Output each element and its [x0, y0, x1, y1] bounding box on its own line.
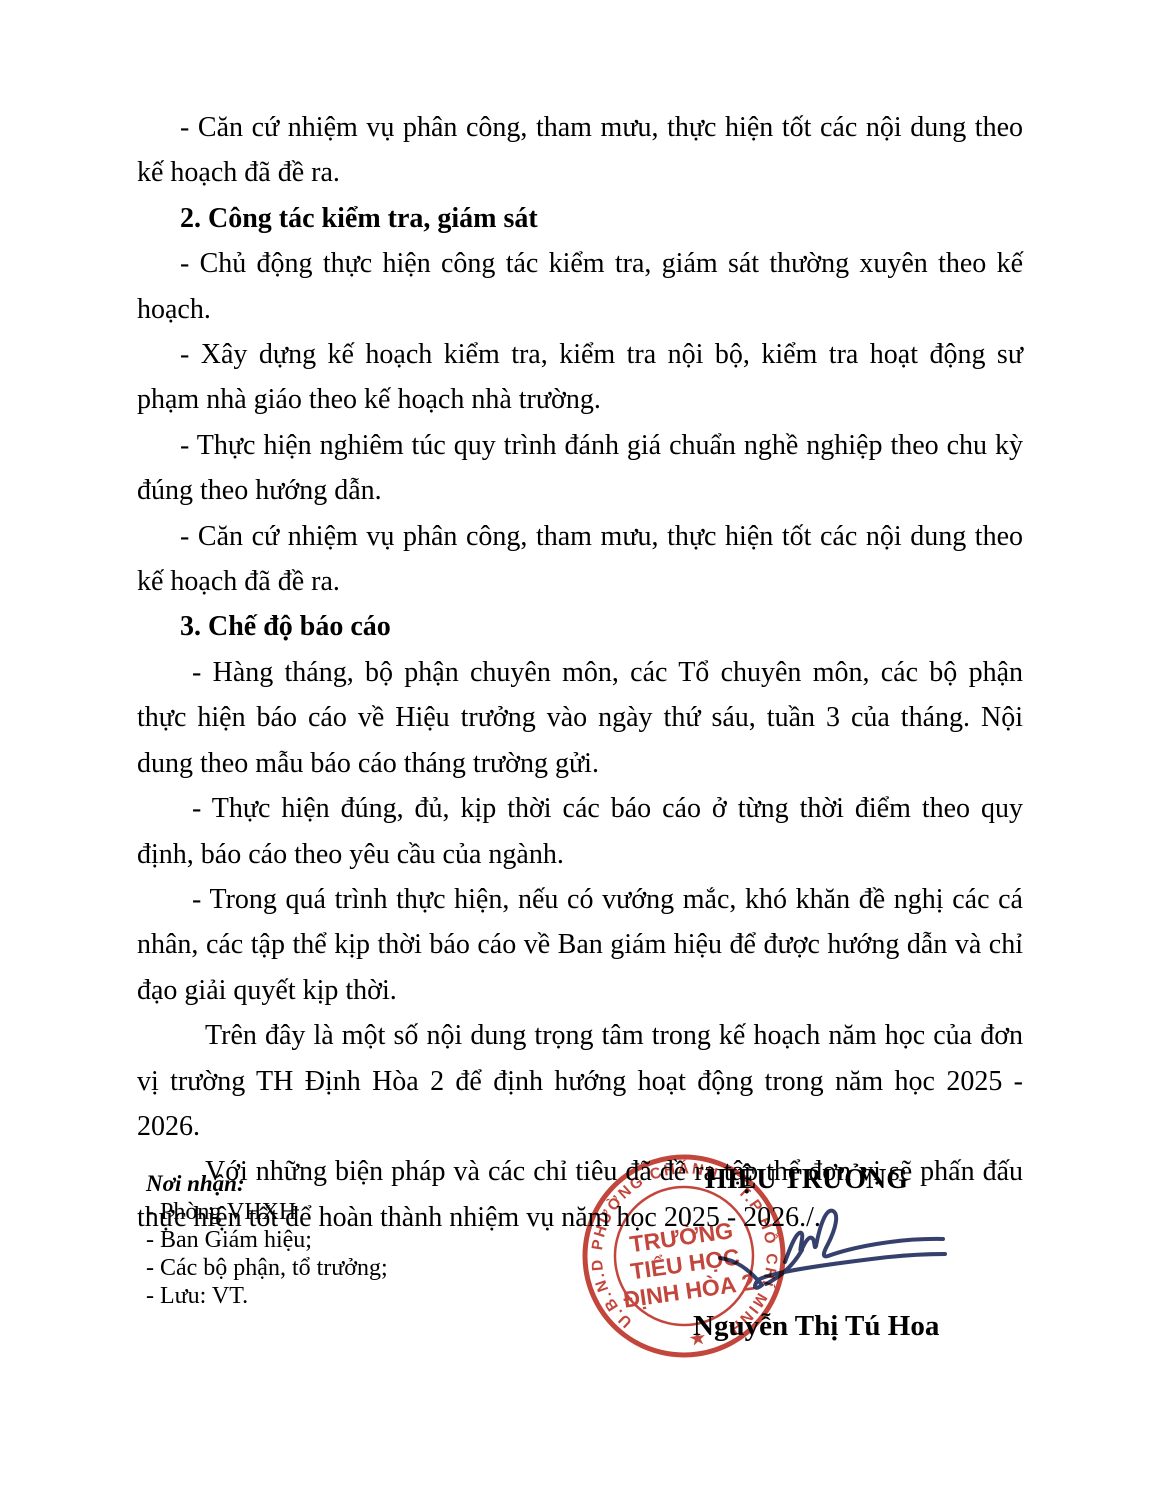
- section-heading-3: 3. Chế độ báo cáo: [137, 604, 1023, 649]
- paragraph: - Hàng tháng, bộ phận chuyên môn, các Tổ…: [137, 650, 1023, 786]
- paragraph: - Thực hiện đúng, đủ, kịp thời các báo c…: [137, 786, 1023, 877]
- paragraph: - Chủ động thực hiện công tác kiểm tra, …: [137, 241, 1023, 332]
- list-item: - Ban Giám hiệu;: [146, 1226, 388, 1254]
- paragraph: - Căn cứ nhiệm vụ phân công, tham mưu, t…: [137, 514, 1023, 605]
- paragraph: - Thực hiện nghiêm túc quy trình đánh gi…: [137, 423, 1023, 514]
- paragraph: - Trong quá trình thực hiện, nếu có vướn…: [137, 877, 1023, 1013]
- signature-stroke-underline: [720, 1254, 945, 1288]
- document-page: - Căn cứ nhiệm vụ phân công, tham mưu, t…: [0, 0, 1160, 1500]
- recipients-label: Nơi nhận:: [146, 1170, 388, 1198]
- list-item: - Các bộ phận, tổ trưởng;: [146, 1254, 388, 1282]
- list-item: - Lưu: VT.: [146, 1282, 388, 1310]
- recipients-list: - Phòng VHXH - Ban Giám hiệu; - Các bộ p…: [146, 1198, 388, 1310]
- recipients-block: Nơi nhận: - Phòng VHXH - Ban Giám hiệu; …: [146, 1170, 388, 1310]
- signature-ink: [690, 1200, 960, 1310]
- document-body: - Căn cứ nhiệm vụ phân công, tham mưu, t…: [137, 105, 1023, 1240]
- paragraph: - Căn cứ nhiệm vụ phân công, tham mưu, t…: [137, 105, 1023, 196]
- signature-stroke-descender: [766, 1250, 802, 1284]
- section-heading-2: 2. Công tác kiểm tra, giám sát: [137, 196, 1023, 241]
- paragraph: - Xây dựng kế hoạch kiểm tra, kiểm tra n…: [137, 332, 1023, 423]
- stamp-star-icon: ★: [687, 1327, 708, 1351]
- list-item: - Phòng VHXH: [146, 1198, 388, 1226]
- paragraph: Trên đây là một số nội dung trọng tâm tr…: [137, 1013, 1023, 1149]
